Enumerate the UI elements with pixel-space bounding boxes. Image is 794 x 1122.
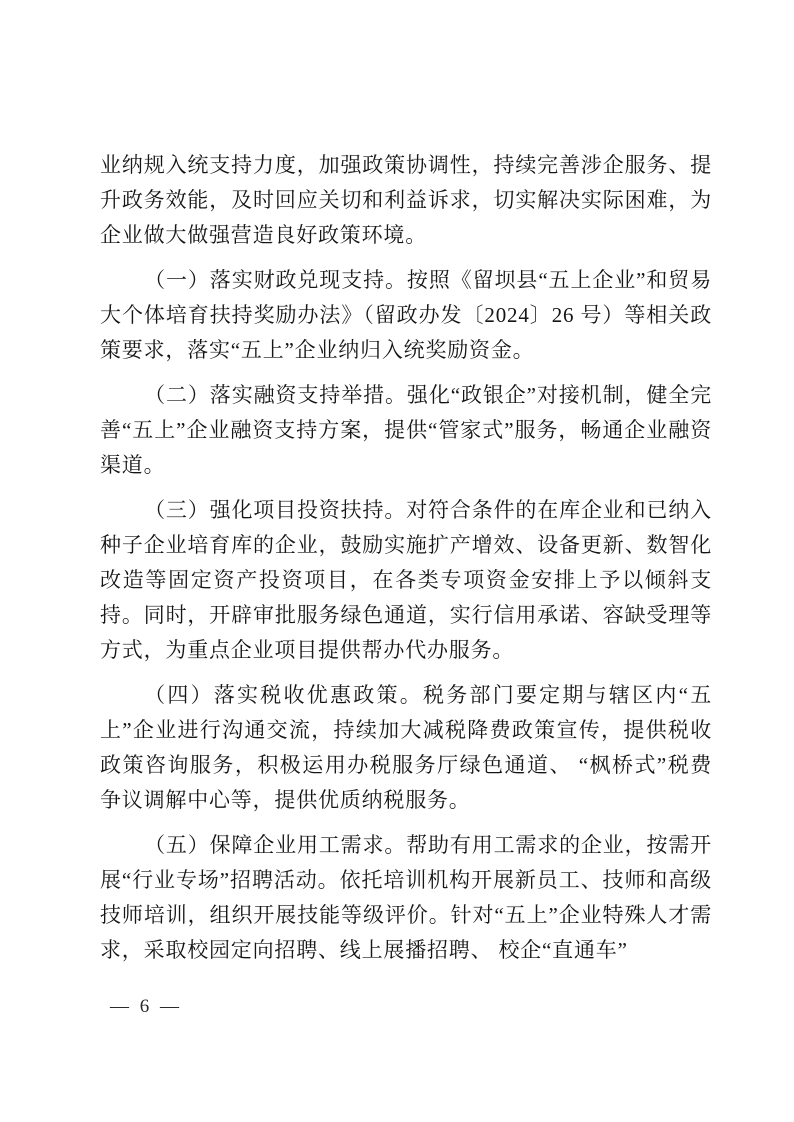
document-body: 业纳规入统支持力度，加强政策协调性，持续完善涉企服务、提升政务效能，及时回应关切…	[100, 148, 712, 978]
page-number: — 6 —	[110, 996, 182, 1018]
body-paragraph-item-1: （一）落实财政兑现支持。按照《留坝县“五上企业”和贸易大个体培育扶持奖励办法》（…	[100, 263, 712, 368]
body-paragraph-item-2: （二）落实融资支持举措。强化“政银企”对接机制，健全完善“五上”企业融资支持方案…	[100, 378, 712, 483]
body-paragraph-item-3: （三）强化项目投资扶持。对符合条件的在库企业和已纳入种子企业培育库的企业，鼓励实…	[100, 493, 712, 668]
body-paragraph-item-5: （五）保障企业用工需求。帮助有用工需求的企业，按需开展“行业专场”招聘活动。依托…	[100, 828, 712, 968]
document-page: 业纳规入统支持力度，加强政策协调性，持续完善涉企服务、提升政务效能，及时回应关切…	[0, 0, 794, 1122]
body-paragraph-item-4: （四）落实税收优惠政策。税务部门要定期与辖区内“五上”企业进行沟通交流，持续加大…	[100, 678, 712, 818]
body-paragraph-continuation: 业纳规入统支持力度，加强政策协调性，持续完善涉企服务、提升政务效能，及时回应关切…	[100, 148, 712, 253]
